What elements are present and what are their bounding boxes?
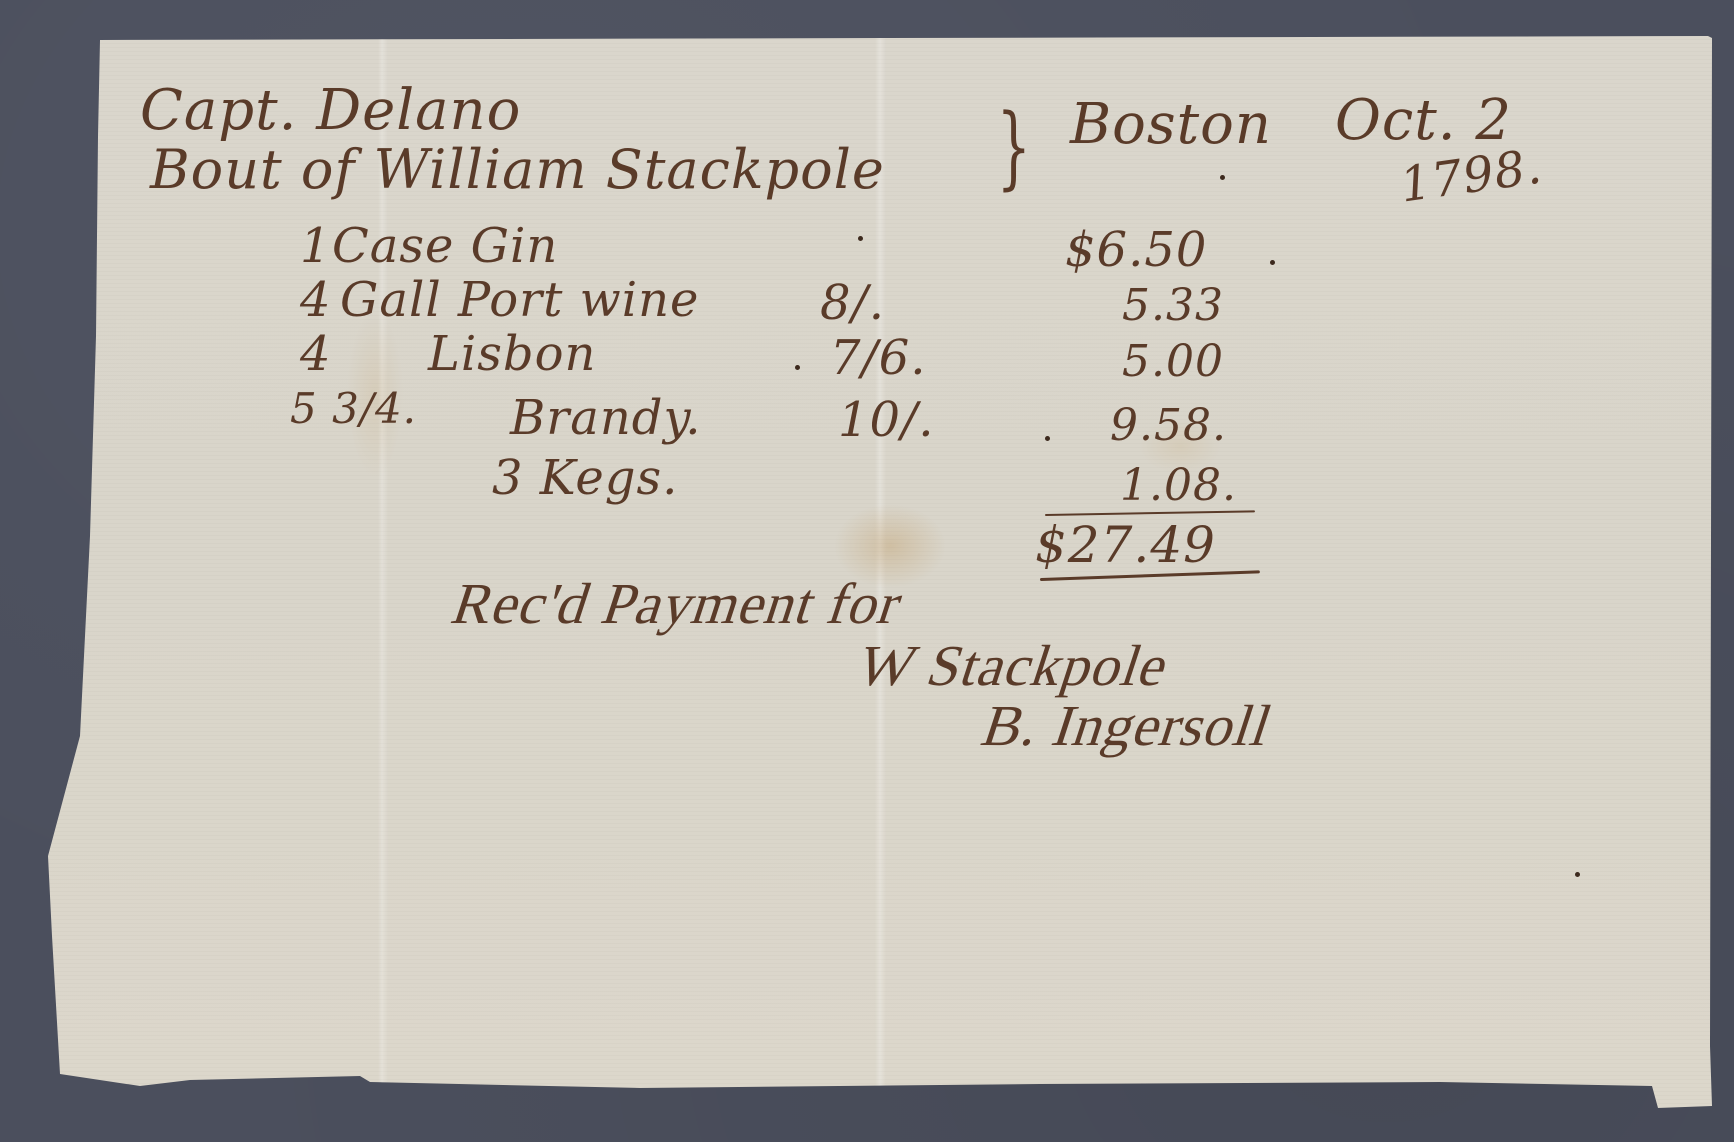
item-qty: 4	[300, 272, 332, 328]
ink-dot	[1270, 260, 1275, 265]
total-amount: $27.49	[1035, 516, 1216, 574]
ink-dot	[1220, 175, 1225, 180]
item-qty: 5 3/4.	[290, 384, 417, 433]
place: Boston	[1070, 92, 1272, 157]
ink-dot	[1575, 872, 1580, 877]
item-description: Gall Port wine	[340, 272, 699, 328]
signature-stackpole: W Stackpole	[849, 632, 1179, 699]
receipt-note: Rec'd Payment for	[444, 570, 912, 637]
item-qty: 4	[300, 326, 332, 382]
item-rate: 8/.	[820, 275, 885, 331]
addressee: Capt. Delano	[140, 78, 521, 143]
item-amount: 9.58.	[1110, 400, 1227, 451]
item-rate: 7/6.	[830, 330, 927, 386]
item-rate: 10/.	[838, 392, 935, 448]
item-description: 3 Kegs.	[492, 450, 678, 506]
item-amount: $6.50	[1065, 222, 1207, 278]
ink-dot	[795, 365, 800, 370]
ink-dot	[858, 236, 863, 241]
item-qty: 1	[300, 218, 332, 274]
item-amount: 1.08.	[1120, 460, 1237, 511]
signature-ingersoll: B. Ingersoll	[974, 692, 1282, 759]
item-description: Brandy.	[510, 390, 701, 446]
header-brace: }	[997, 95, 1032, 200]
ink-dot	[1045, 436, 1050, 441]
item-amount: 5.00	[1122, 336, 1224, 387]
seller-line: Bout of William Stackpole	[150, 138, 885, 201]
date: Oct. 2	[1335, 88, 1512, 153]
item-description: Lisbon	[428, 326, 596, 382]
item-description: Case Gin	[332, 218, 558, 274]
item-amount: 5.33	[1122, 280, 1224, 331]
